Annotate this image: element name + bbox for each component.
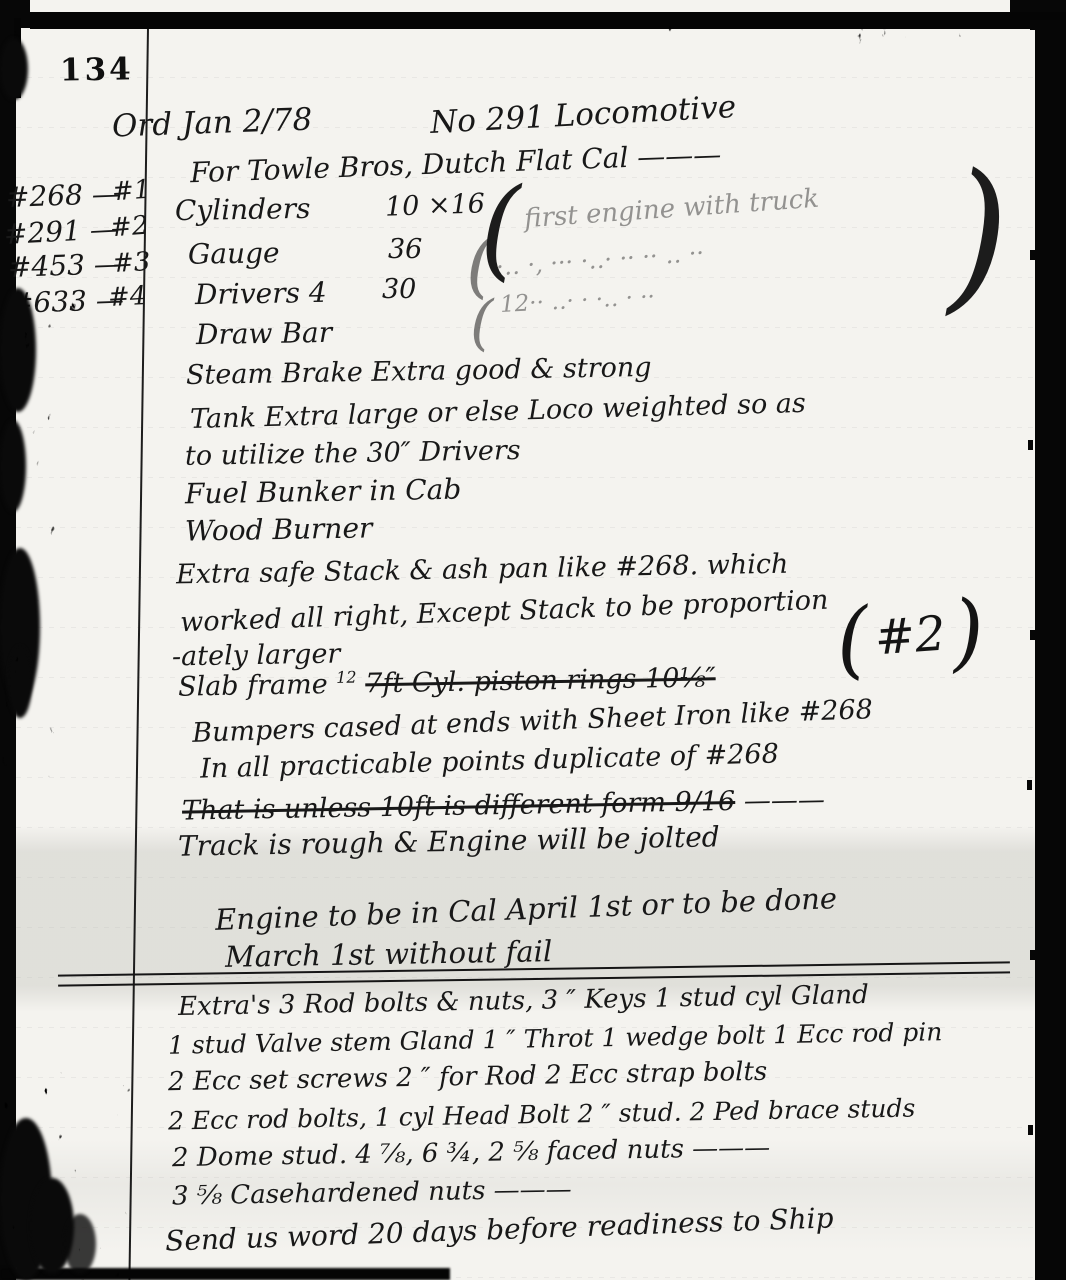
spec-tank-line2: to utilize the 30″ Drivers — [185, 437, 521, 470]
margin-ref-number: #268 — — [6, 180, 121, 212]
margin-ref-item: #2 — [109, 213, 149, 242]
scan-right-border — [1035, 20, 1066, 1280]
paren-open: ( — [834, 605, 871, 674]
spec-gauge-label: Gauge — [188, 239, 280, 269]
note-stack-line3: -ately larger — [172, 641, 341, 671]
margin-ref-item: #1 — [111, 177, 151, 206]
paren-close: ) — [949, 597, 986, 666]
spec-wood-burner: Wood Burner — [185, 514, 373, 545]
scan-bottom-border — [0, 1268, 450, 1280]
spec-fuel-bunker: Fuel Bunker in Cab — [185, 476, 462, 509]
margin-ref-number: #453 — — [8, 250, 123, 282]
scan-blotch — [64, 1214, 96, 1274]
scan-blotch — [0, 420, 26, 512]
spec-gauge-value: 36 — [388, 236, 422, 263]
scan-blotch — [0, 38, 28, 100]
scan-top-border — [30, 12, 1066, 29]
margin-ref-item: #4 — [107, 283, 147, 311]
scan-blotch — [0, 288, 36, 412]
number-2-annotation: ( #2 ) — [834, 597, 987, 674]
scan-blotch — [8, 646, 32, 718]
paren-close: ) — [948, 160, 1009, 307]
margin-ref-number: #291 — — [3, 215, 118, 249]
spec-cylinders-label: Cylinders — [175, 195, 311, 225]
order-date: Ord Jan 2/78 — [112, 105, 313, 143]
spec-draw-bar: Draw Bar — [196, 319, 333, 349]
slab-frame-text: Slab frame — [178, 669, 328, 703]
slab-frame-struck-text: 7ft Cyl. piston rings 10⅛″ — [365, 662, 716, 699]
spec-drivers-value: 30 — [382, 276, 416, 303]
spec-steam-brake: Steam Brake Extra good & strong — [186, 354, 652, 389]
unless-dash: ——— — [744, 784, 826, 816]
scanned-ledger-page: 134 #268 — #1 #291 — #2 #453 — #3 #633 —… — [0, 0, 1066, 1280]
spec-drivers-label: Drivers 4 — [195, 279, 327, 309]
page-number: 134 — [60, 51, 134, 88]
paren-open-faded: ( — [470, 296, 493, 350]
schedule-line2: March 1st without fail — [225, 937, 553, 972]
slab-frame-superscript: 12 — [336, 668, 357, 687]
extras-line6: 3 ⅝ Casehardened nuts ——— — [172, 1177, 572, 1210]
spec-cylinders-value: 10 ×16 — [385, 190, 486, 220]
margin-ref-item: #3 — [111, 249, 151, 277]
scan-top-gap — [30, 0, 1010, 12]
number-tag: #2 — [867, 605, 953, 667]
